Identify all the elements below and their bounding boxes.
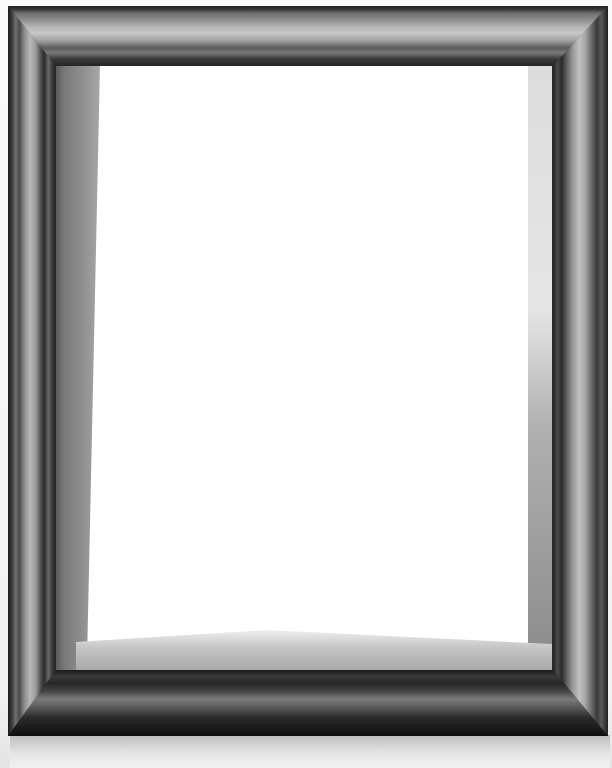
photo-scene: Black-and-white photograph of an empty r… xyxy=(0,0,612,768)
frame-bottom-rail xyxy=(8,670,608,736)
frame-top-rail xyxy=(8,6,608,66)
frame-right-rail xyxy=(553,6,608,736)
backing-shadow-bottom xyxy=(76,630,552,670)
frame-left-rail xyxy=(8,6,56,736)
backing-strip-right xyxy=(528,66,552,670)
frame-opening xyxy=(56,66,552,670)
shadow-below-frame xyxy=(10,735,610,768)
backing-shadow-left xyxy=(56,66,100,670)
